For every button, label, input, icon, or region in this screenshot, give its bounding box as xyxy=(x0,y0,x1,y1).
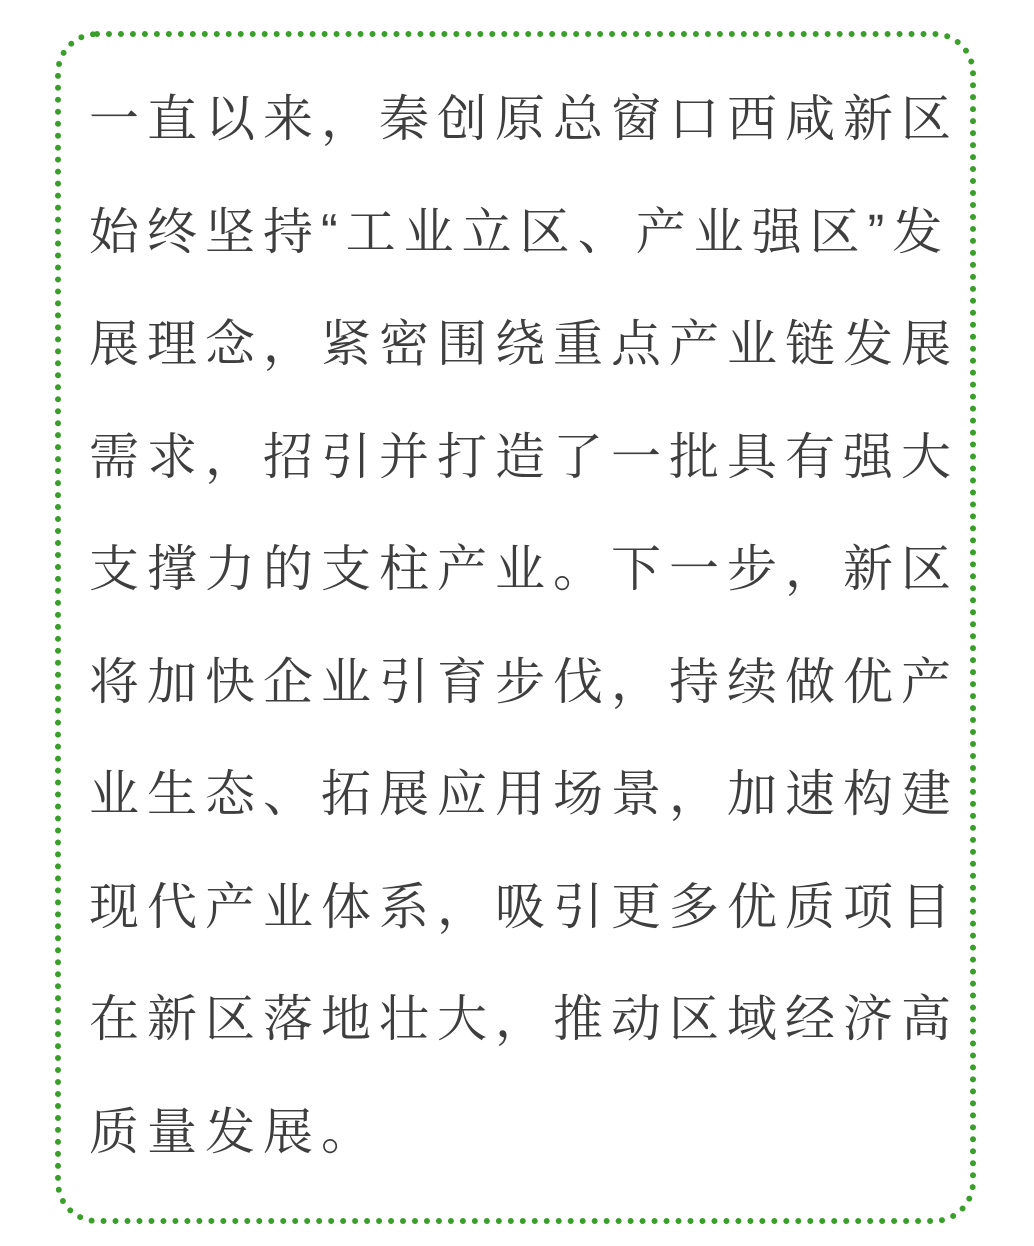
paragraph-line: 现代产业体系，吸引更多优质项目 xyxy=(89,851,950,964)
paragraph-line: 展理念，紧密围绕重点产业链发展 xyxy=(89,288,950,401)
paragraph-line: 在新区落地壮大，推动区域经济高 xyxy=(89,963,950,1076)
paragraph-line: 支撑力的支柱产业。下一步，新区 xyxy=(89,513,950,626)
page-canvas: 一直以来，秦创原总窗口西咸新区 始终坚持“工业立区、产业强区”发 展理念，紧密围… xyxy=(0,0,1034,1246)
paragraph-line: 始终坚持“工业立区、产业强区”发 xyxy=(89,176,950,289)
paragraph-line: 需求，招引并打造了一批具有强大 xyxy=(89,401,950,514)
paragraph-line: 将加快企业引育步伐，持续做优产 xyxy=(89,626,950,739)
paragraph-line: 一直以来，秦创原总窗口西咸新区 xyxy=(89,63,950,176)
paragraph-line: 业生态、拓展应用场景，加速构建 xyxy=(89,738,950,851)
dotted-border-text-card: 一直以来，秦创原总窗口西咸新区 始终坚持“工业立区、产业强区”发 展理念，紧密围… xyxy=(55,31,976,1224)
paragraph-line: 质量发展。 xyxy=(89,1076,950,1189)
